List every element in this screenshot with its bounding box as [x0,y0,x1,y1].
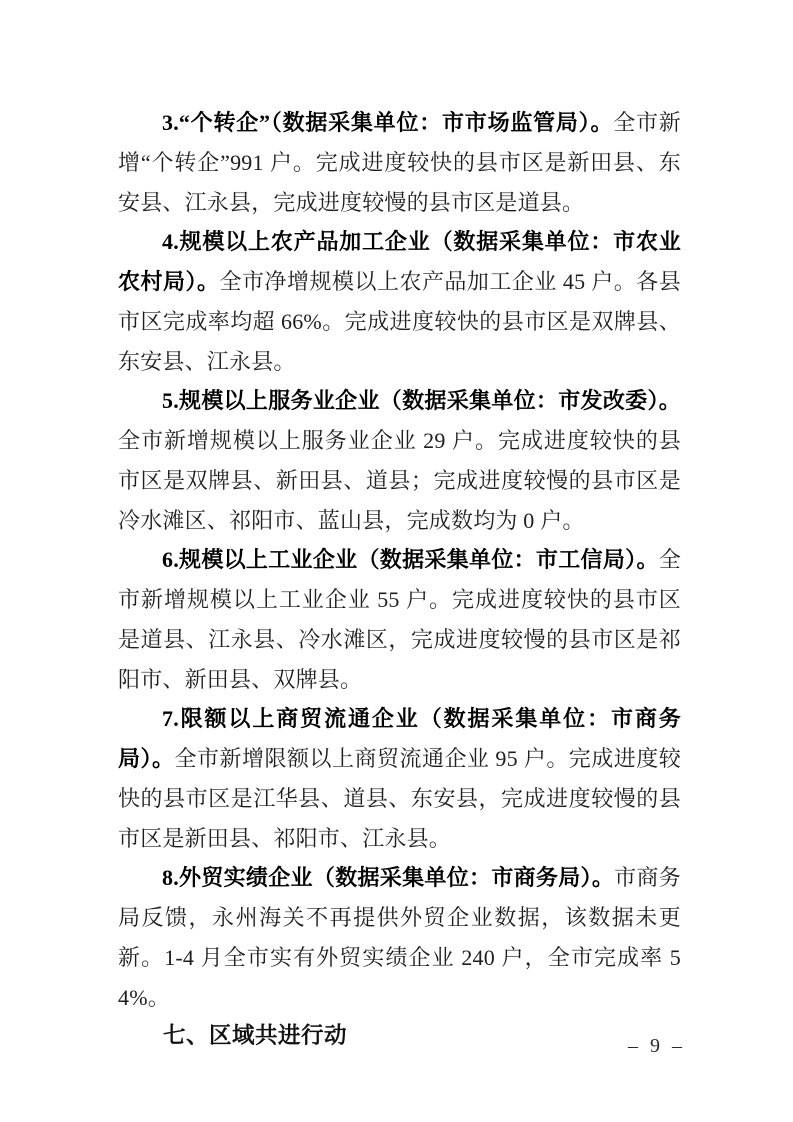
paragraph-3-lead: 3.“个转企”（数据采集单位：市市场监管局）。 [162,110,613,135]
paragraph-3: 3.“个转企”（数据采集单位：市市场监管局）。全市新增“个转企”991 户。完成… [118,103,681,222]
paragraph-7: 7.限额以上商贸流通企业（数据采集单位：市商务局）。全市新增限额以上商贸流通企业… [118,699,681,858]
paragraph-6-lead: 6.规模以上工业企业（数据采集单位：市工信局）。 [162,547,659,572]
page-number: – 9 – [628,1033,682,1059]
paragraph-5-body: 全市新增规模以上服务业企业 29 户。完成进度较快的县市区是双牌县、新田县、道县… [118,428,681,533]
paragraph-7-body: 全市新增限额以上商贸流通企业 95 户。完成进度较快的县市区是江华县、道县、东安… [118,746,681,851]
paragraph-5: 5.规模以上服务业企业（数据采集单位：市发改委）。全市新增规模以上服务业企业 2… [118,381,681,540]
paragraph-6: 6.规模以上工业企业（数据采集单位：市工信局）。全市新增规模以上工业企业 55 … [118,540,681,699]
document-page: 3.“个转企”（数据采集单位：市市场监管局）。全市新增“个转企”991 户。完成… [0,0,793,1122]
paragraph-4: 4.规模以上农产品加工企业（数据采集单位：市农业农村局）。全市净增规模以上农产品… [118,222,681,381]
paragraph-8-lead: 8.外贸实绩企业（数据采集单位：市商务局）。 [162,865,614,890]
paragraph-5-lead: 5.规模以上服务业企业（数据采集单位：市发改委）。 [162,388,681,413]
document-body: 3.“个转企”（数据采集单位：市市场监管局）。全市新增“个转企”991 户。完成… [118,103,681,1057]
section-heading: 七、区域共进行动 [118,1017,681,1057]
paragraph-8: 8.外贸实绩企业（数据采集单位：市商务局）。市商务局反馈，永州海关不再提供外贸企… [118,858,681,1017]
